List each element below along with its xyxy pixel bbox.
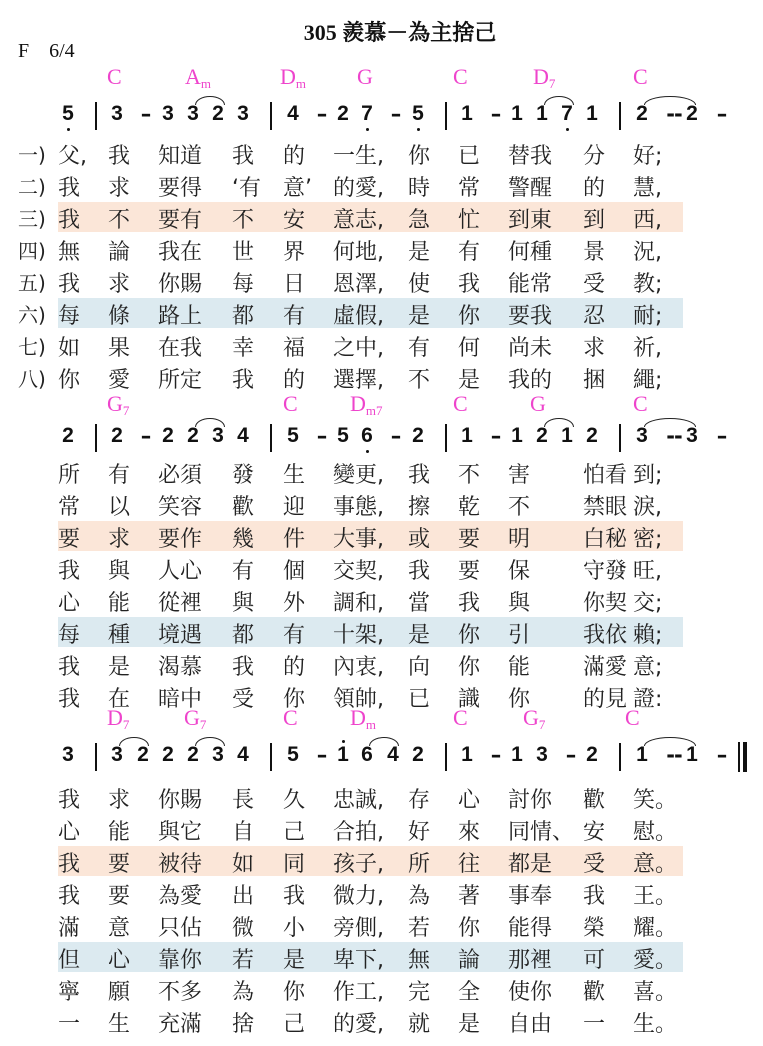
octave-dot-below	[566, 128, 569, 131]
lyric-syllable: 世	[232, 235, 254, 266]
chord-symbol: G7	[523, 705, 545, 733]
lyric-syllable: 我	[58, 879, 80, 910]
lyric-syllable: 保	[508, 554, 530, 585]
lyric-syllable: 求	[108, 522, 130, 553]
lyric-syllable: 要作	[158, 522, 202, 553]
lyric-syllable: 喜。	[633, 975, 677, 1006]
lyric-syllable: 使你	[508, 975, 552, 1006]
bar-line	[619, 102, 621, 130]
lyric-syllable: 發	[232, 458, 254, 489]
lyric-syllable: 你	[458, 299, 480, 330]
note-digit: 6	[359, 424, 375, 448]
lyric-syllable: 不	[408, 363, 430, 394]
lyric-syllable: 你賜	[158, 267, 202, 298]
lyric-syllable: 是	[458, 1007, 480, 1038]
lyric-syllable: 所定	[158, 363, 202, 394]
key: F	[18, 40, 29, 62]
note-digit: 1	[559, 424, 575, 448]
lyric-syllable: 往	[458, 847, 480, 878]
chord-quality: m	[296, 76, 306, 91]
chord-symbol: C	[453, 64, 468, 90]
lyric-syllable: 有	[458, 235, 480, 266]
lyric-syllable: 都	[232, 618, 254, 649]
lyric-syllable: 的	[283, 650, 305, 681]
lyric-syllable: 求	[583, 331, 605, 362]
lyric-syllable: 我	[58, 650, 80, 681]
lyric-syllable: 有	[232, 554, 254, 585]
lyric-syllable: 心	[58, 815, 80, 846]
lyric-syllable: 的	[283, 363, 305, 394]
lyric-syllable: 我	[458, 586, 480, 617]
verse-number: 一)	[18, 139, 46, 168]
lyric-syllable: 為	[232, 975, 254, 1006]
verse-number: 三)	[18, 203, 46, 232]
lyric-syllable: 有	[408, 331, 430, 362]
note-digit: 2	[109, 424, 125, 448]
chord-root: C	[453, 391, 468, 416]
lyric-syllable: 能	[508, 650, 530, 681]
lyric-syllable: 何種	[508, 235, 552, 266]
note-digit: 1	[534, 102, 550, 126]
lyric-syllable: 的愛,	[333, 1007, 384, 1038]
bar-line	[445, 102, 447, 130]
chord-root: C	[283, 705, 298, 730]
lyric-syllable: 為	[408, 879, 430, 910]
chord-root: D	[280, 64, 296, 89]
lyric-syllable: 要	[458, 522, 480, 553]
note-digit: 3	[684, 424, 700, 448]
lyric-syllable: 要	[58, 522, 80, 553]
note-digit: 1	[509, 424, 525, 448]
lyric-syllable: 幸	[232, 331, 254, 362]
bar-line	[95, 424, 97, 452]
lyric-syllable: 能	[108, 815, 130, 846]
chord-root: C	[625, 705, 640, 730]
lyric-syllable: 你契	[583, 586, 627, 617]
lyric-syllable: 心	[58, 586, 80, 617]
note-digit: 5	[60, 102, 76, 126]
note-digit: 1	[335, 743, 351, 767]
lyric-syllable: 的	[283, 139, 305, 170]
note-dash: –	[714, 102, 730, 126]
lyric-syllable: 交契,	[333, 554, 384, 585]
lyric-syllable: 渴慕	[158, 650, 202, 681]
note-digit: 3	[210, 743, 226, 767]
lyric-syllable: 所	[408, 847, 430, 878]
note-dash: ‐‐	[662, 743, 686, 767]
lyric-syllable: 出	[232, 879, 254, 910]
verse-number: 八)	[18, 363, 46, 392]
note-dash: ‐‐	[662, 102, 686, 126]
lyric-syllable: 著	[458, 879, 480, 910]
lyric-syllable: 作工,	[333, 975, 384, 1006]
lyric-syllable: 事態,	[333, 490, 384, 521]
lyric-syllable: 常	[58, 490, 80, 521]
lyric-syllable: 虛假,	[333, 299, 384, 330]
note-digit: 3	[109, 743, 125, 767]
lyric-syllable: 能	[108, 586, 130, 617]
chord-root: G	[357, 64, 373, 89]
lyric-syllable: 好;	[633, 139, 662, 170]
note-digit: 3	[634, 424, 650, 448]
lyric-syllable: 明	[508, 522, 530, 553]
lyric-syllable: 變更,	[333, 458, 384, 489]
lyric-syllable: 你	[408, 139, 430, 170]
lyric-syllable: 愛	[108, 363, 130, 394]
lyric-syllable: 與它	[158, 815, 202, 846]
lyric-syllable: 每	[232, 267, 254, 298]
verse-number: 七)	[18, 331, 46, 360]
lyric-syllable: 全	[458, 975, 480, 1006]
lyric-syllable: 迎	[283, 490, 305, 521]
lyric-syllable: 淚,	[633, 490, 662, 521]
lyric-syllable: 要	[108, 847, 130, 878]
lyric-syllable: 你	[283, 975, 305, 1006]
lyric-syllable: 生	[108, 1007, 130, 1038]
lyric-syllable: 已	[408, 682, 430, 713]
note-dash: –	[714, 743, 730, 767]
chord-symbol: C	[283, 705, 298, 731]
chord-symbol: G	[357, 64, 373, 90]
chord-root: C	[107, 64, 122, 89]
lyric-syllable: 無	[58, 235, 80, 266]
lyric-syllable: 受	[583, 267, 605, 298]
lyric-syllable: 條	[108, 299, 130, 330]
note-dash: –	[563, 743, 579, 767]
lyric-syllable: 意	[108, 911, 130, 942]
lyric-syllable: 意’	[283, 171, 312, 202]
chord-symbol: Am	[185, 64, 211, 92]
lyric-syllable: 是	[408, 618, 430, 649]
key-signature: F 6/4	[18, 40, 75, 63]
lyric-syllable: 警醒	[508, 171, 552, 202]
note-digit: 2	[335, 102, 351, 126]
lyric-syllable: 福	[283, 331, 305, 362]
lyric-syllable: 自由	[508, 1007, 552, 1038]
lyric-syllable: 都	[232, 299, 254, 330]
lyric-syllable: 向	[408, 650, 430, 681]
lyric-syllable: 安	[583, 815, 605, 846]
lyric-syllable: 事奉	[508, 879, 552, 910]
lyric-syllable: 或	[408, 522, 430, 553]
lyric-syllable: 乾	[458, 490, 480, 521]
note-digit: 2	[410, 743, 426, 767]
note-digit: 3	[534, 743, 550, 767]
chord-root: G	[530, 391, 546, 416]
lyric-syllable: 忠誠,	[333, 783, 384, 814]
lyric-syllable: 是	[458, 363, 480, 394]
lyric-syllable: 意志,	[333, 203, 384, 234]
chord-symbol: C	[633, 64, 648, 90]
chord-quality: m7	[366, 403, 383, 418]
chord-root: D	[533, 64, 549, 89]
chord-root: D	[350, 705, 366, 730]
chord-symbol: C	[453, 705, 468, 731]
chord-symbol: C	[453, 391, 468, 417]
lyric-syllable: 是	[408, 299, 430, 330]
lyric-syllable: 那裡	[508, 943, 552, 974]
lyric-syllable: 我	[232, 650, 254, 681]
chord-symbol: D7	[533, 64, 555, 92]
lyric-syllable: 不	[508, 490, 530, 521]
note-dash: –	[314, 743, 330, 767]
bar-line	[619, 743, 621, 771]
lyric-syllable: 都是	[508, 847, 552, 878]
lyric-syllable: 西,	[633, 203, 662, 234]
bar-line	[619, 424, 621, 452]
lyric-syllable: 能常	[508, 267, 552, 298]
octave-dot-below	[366, 450, 369, 453]
chord-symbol: D7	[107, 705, 129, 733]
lyric-syllable: 受	[583, 847, 605, 878]
note-digit: 3	[60, 743, 76, 767]
lyric-syllable: 我	[58, 847, 80, 878]
chord-root: D	[350, 391, 366, 416]
lyric-syllable: 之中,	[333, 331, 384, 362]
final-bar-line	[738, 742, 740, 772]
lyric-syllable: 完	[408, 975, 430, 1006]
lyric-syllable: 你賜	[158, 783, 202, 814]
lyric-syllable: 我	[58, 267, 80, 298]
lyric-syllable: 我	[458, 267, 480, 298]
lyric-syllable: 到;	[633, 458, 662, 489]
lyric-syllable: 的見	[583, 682, 627, 713]
chord-quality: m	[201, 76, 211, 91]
note-digit: 4	[235, 424, 251, 448]
lyric-syllable: 的	[583, 171, 605, 202]
lyric-syllable: 每	[58, 618, 80, 649]
note-dash: –	[388, 424, 404, 448]
lyric-syllable: 我	[232, 139, 254, 170]
chord-root: C	[633, 391, 648, 416]
lyric-syllable: 但	[58, 943, 80, 974]
lyric-syllable: 無	[408, 943, 430, 974]
lyric-syllable: 只佔	[158, 911, 202, 942]
lyric-syllable: 禁眼	[583, 490, 627, 521]
chord-root: C	[633, 64, 648, 89]
lyric-syllable: 的愛,	[333, 171, 384, 202]
lyric-syllable: 卑下,	[333, 943, 384, 974]
note-digit: 1	[584, 102, 600, 126]
lyric-syllable: 選擇,	[333, 363, 384, 394]
note-digit: 2	[160, 424, 176, 448]
lyric-syllable: 願	[108, 975, 130, 1006]
lyric-syllable: 我	[58, 203, 80, 234]
lyric-syllable: 滿	[58, 911, 80, 942]
chord-quality: 7	[549, 76, 556, 91]
lyric-syllable: 你	[458, 911, 480, 942]
lyric-syllable: 我	[232, 363, 254, 394]
chord-quality: m	[366, 717, 376, 732]
lyric-syllable: 慧,	[633, 171, 662, 202]
lyric-syllable: 景	[583, 235, 605, 266]
lyric-syllable: 捆	[583, 363, 605, 394]
lyric-syllable: 久	[283, 783, 305, 814]
lyric-syllable: 來	[458, 815, 480, 846]
note-digit: 4	[285, 102, 301, 126]
bar-line	[270, 102, 272, 130]
lyric-syllable: 要	[108, 879, 130, 910]
note-digit: 1	[684, 743, 700, 767]
chord-symbol: C	[633, 391, 648, 417]
verse-number: 六)	[18, 299, 46, 328]
lyric-syllable: 慰。	[633, 815, 677, 846]
note-dash: –	[314, 102, 330, 126]
lyric-syllable: 我	[408, 554, 430, 585]
chord-symbol: C	[283, 391, 298, 417]
lyric-syllable: 尚未	[508, 331, 552, 362]
lyric-syllable: 我	[408, 458, 430, 489]
bar-line	[95, 102, 97, 130]
lyric-syllable: 你	[458, 618, 480, 649]
lyric-syllable: 可	[583, 943, 605, 974]
chord-root: C	[453, 705, 468, 730]
lyric-syllable: 我在	[158, 235, 202, 266]
lyric-syllable: 從裡	[158, 586, 202, 617]
lyric-syllable: 如	[232, 847, 254, 878]
lyric-syllable: 引	[508, 618, 530, 649]
chord-symbol: Dm7	[350, 391, 383, 419]
note-digit: 3	[109, 102, 125, 126]
lyric-syllable: 若	[232, 943, 254, 974]
lyric-syllable: 己	[283, 815, 305, 846]
lyric-syllable: 合拍,	[333, 815, 384, 846]
lyric-syllable: 交;	[633, 586, 662, 617]
lyric-syllable: 就	[408, 1007, 430, 1038]
lyric-syllable: 守發	[583, 554, 627, 585]
chord-symbol: G7	[107, 391, 129, 419]
chord-symbol: Dm	[280, 64, 306, 92]
chord-symbol: G7	[184, 705, 206, 733]
lyric-syllable: 生	[283, 458, 305, 489]
lyric-syllable: 我依	[583, 618, 627, 649]
lyric-syllable: 種	[108, 618, 130, 649]
lyric-syllable: 父,	[58, 139, 87, 170]
lyric-syllable: 滿愛	[583, 650, 627, 681]
lyric-syllable: 被待	[158, 847, 202, 878]
lyric-syllable: 界	[283, 235, 305, 266]
note-digit: 3	[235, 102, 251, 126]
chord-symbol: C	[107, 64, 122, 90]
lyric-syllable: 求	[108, 267, 130, 298]
lyric-syllable: 歡	[232, 490, 254, 521]
lyric-syllable: 調和,	[333, 586, 384, 617]
note-digit: 1	[509, 102, 525, 126]
lyric-syllable: 論	[108, 235, 130, 266]
lyric-syllable: 意。	[633, 847, 677, 878]
lyric-syllable: 靠你	[158, 943, 202, 974]
chord-quality: 7	[123, 717, 130, 732]
lyric-syllable: 笑。	[633, 783, 677, 814]
lyric-syllable: 常	[458, 171, 480, 202]
lyric-syllable: 我	[58, 554, 80, 585]
lyric-syllable: 人心	[158, 554, 202, 585]
note-digit: 1	[459, 102, 475, 126]
lyric-syllable: 知道	[158, 139, 202, 170]
note-digit: 7	[559, 102, 575, 126]
lyric-syllable: 怕看	[583, 458, 627, 489]
lyric-syllable: 我的	[508, 363, 552, 394]
note-digit: 2	[60, 424, 76, 448]
lyric-syllable: 件	[283, 522, 305, 553]
lyric-syllable: 是	[283, 943, 305, 974]
lyric-syllable: 一	[58, 1007, 80, 1038]
lyric-syllable: 日	[283, 267, 305, 298]
lyric-syllable: 況,	[633, 235, 662, 266]
lyric-syllable: 不	[458, 458, 480, 489]
lyric-syllable: 教;	[633, 267, 662, 298]
lyric-syllable: 是	[108, 650, 130, 681]
lyric-syllable: 是	[408, 235, 430, 266]
lyric-syllable: 使	[408, 267, 430, 298]
lyric-syllable: 與	[108, 554, 130, 585]
song-title: 305 羨慕－為主捨己	[0, 16, 763, 47]
note-digit: 7	[359, 102, 375, 126]
note-digit: 1	[459, 743, 475, 767]
lyric-syllable: 以	[108, 490, 130, 521]
note-digit: 2	[684, 102, 700, 126]
lyric-syllable: 寧	[58, 975, 80, 1006]
lyric-syllable: 密;	[633, 522, 662, 553]
lyric-syllable: 長	[232, 783, 254, 814]
note-digit: 3	[160, 102, 176, 126]
lyric-syllable: 必須	[158, 458, 202, 489]
lyric-syllable: 同情、	[508, 815, 574, 846]
note-dash: ‐‐	[662, 424, 686, 448]
lyric-syllable: 何	[458, 331, 480, 362]
lyric-syllable: 有	[283, 299, 305, 330]
note-digit: 2	[534, 424, 550, 448]
octave-dot-below	[417, 128, 420, 131]
lyric-syllable: 何地,	[333, 235, 384, 266]
lyric-syllable: 你	[58, 363, 80, 394]
lyric-syllable: 意;	[633, 650, 662, 681]
note-digit: 2	[135, 743, 151, 767]
note-dash: –	[388, 102, 404, 126]
lyric-syllable: 好	[408, 815, 430, 846]
lyric-syllable: ‘有	[232, 171, 261, 202]
lyric-syllable: 幾	[232, 522, 254, 553]
lyric-syllable: 你	[458, 650, 480, 681]
verse-number: 二)	[18, 171, 46, 200]
lyric-syllable: 個	[283, 554, 305, 585]
note-dash: –	[314, 424, 330, 448]
lyric-syllable: 旁側,	[333, 911, 384, 942]
lyric-syllable: 白秘	[583, 522, 627, 553]
lyric-syllable: 己	[283, 1007, 305, 1038]
lyric-syllable: 到	[583, 203, 605, 234]
note-digit: 4	[385, 743, 401, 767]
time-signature: 6/4	[49, 40, 75, 62]
note-dash: –	[138, 102, 154, 126]
chord-symbol: G	[530, 391, 546, 417]
lyric-syllable: 如	[58, 331, 80, 362]
lyric-syllable: 在我	[158, 331, 202, 362]
lyric-syllable: 要得	[158, 171, 202, 202]
bar-line	[270, 424, 272, 452]
note-digit: 5	[410, 102, 426, 126]
lyric-syllable: 大事,	[333, 522, 384, 553]
note-dash: –	[138, 424, 154, 448]
lyric-syllable: 有	[283, 618, 305, 649]
lyric-syllable: 求	[108, 171, 130, 202]
lyric-syllable: 所	[58, 458, 80, 489]
lyric-syllable: 忍	[583, 299, 605, 330]
lyric-syllable: 不多	[158, 975, 202, 1006]
lyric-syllable: 已	[458, 139, 480, 170]
lyric-syllable: 心	[458, 783, 480, 814]
chord-root: C	[283, 391, 298, 416]
